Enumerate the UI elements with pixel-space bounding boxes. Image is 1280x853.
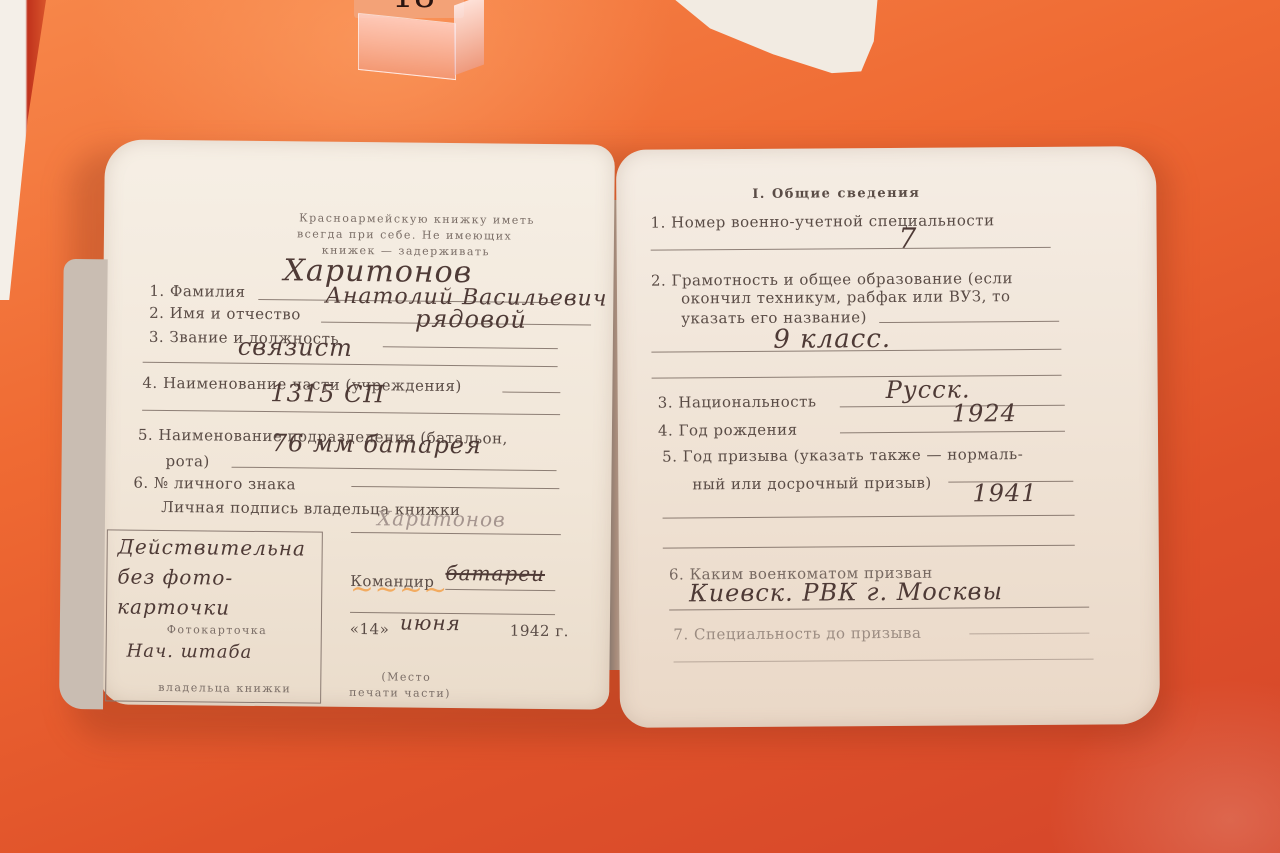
owner-signature-value: Харитонов — [377, 506, 506, 531]
header-line-2: всегда при себе. Не имеющих — [297, 227, 512, 242]
field-birth-year-value: 1924 — [952, 399, 1017, 427]
right-page: I. Общие сведения 1. Номер военно-учетно… — [616, 146, 1160, 728]
exhibit-number: 18 — [392, 0, 435, 16]
field-pre-draft-specialty-line — [969, 633, 1089, 635]
field-tag-label: 6. № личного знака — [133, 474, 296, 494]
photo-placeholder-box: Действительна без фото- карточки Фотокар… — [105, 529, 323, 703]
field-specialty-number-label: 1. Номер военно-учетной специальности — [650, 211, 994, 231]
stamp-caption-2: печати части) — [349, 686, 451, 700]
field-pre-draft-specialty-line-2 — [674, 659, 1094, 663]
photo-note-line-2: без фото- — [117, 564, 233, 589]
field-draft-year-line-2 — [663, 515, 1075, 519]
field-commissariat-value: Киевск. РВК г. Москвы — [689, 577, 1003, 607]
field-name-label: 2. Имя и отчество — [149, 304, 301, 324]
date-month: июня — [400, 610, 461, 635]
field-draft-year-label: 5. Год призыва (указать также — нормаль- — [662, 445, 1023, 466]
field-subdivision-line — [232, 467, 557, 471]
field-tag-line — [351, 486, 559, 489]
field-specialty-number-value: 7 — [898, 222, 917, 255]
commander-line — [445, 589, 555, 591]
date-day: «14» — [350, 620, 390, 638]
field-pre-draft-specialty-label: 7. Специальность до призыва — [673, 624, 921, 644]
field-subdivision-label-2: рота) — [166, 452, 210, 470]
date-year: 1942 г. — [510, 622, 569, 641]
field-unit-value: 1315 СП — [270, 379, 385, 408]
adjacent-document-edge — [0, 0, 46, 300]
stamp-caption-1: (Место — [381, 670, 431, 684]
field-birth-year-line — [840, 431, 1065, 434]
field-subdivision-value: 76 мм батарея — [272, 429, 482, 459]
field-unit-line-2 — [142, 410, 560, 415]
field-rank-line — [383, 346, 558, 349]
field-draft-year-value: 1941 — [972, 479, 1037, 507]
section-title: I. Общие сведения — [752, 186, 920, 202]
field-unit-line — [502, 392, 560, 394]
field-rank-line-2 — [143, 362, 558, 367]
photo-note-line-1: Действительна — [118, 535, 306, 561]
field-nationality-label: 3. Национальность — [658, 392, 817, 411]
marker-acrylic-base — [358, 13, 456, 80]
commander-value: батареи — [445, 561, 545, 586]
photo-caption: Фотокарточка — [167, 623, 267, 637]
field-draft-year-label-2: ный или досрочный призыв) — [692, 474, 932, 494]
photo-note-line-3: карточки — [117, 594, 230, 619]
field-rank-value: рядовой — [415, 305, 527, 334]
field-education-line — [879, 321, 1059, 323]
owner-signature-line — [351, 532, 561, 535]
marker-acrylic-side — [454, 0, 484, 75]
field-rank-value-2: связист — [238, 333, 353, 362]
paper-fragment — [668, 0, 878, 80]
field-draft-year-line-3 — [663, 545, 1075, 549]
commander-signature: ~~~~ — [350, 572, 448, 606]
header-line-1: Красноармейскую книжку иметь — [299, 211, 535, 226]
left-page: Красноармейскую книжку иметь всегда при … — [99, 139, 615, 709]
exhibit-number-marker: 18 — [354, 0, 484, 90]
field-education-label-2: окончил техникум, рабфак или ВУЗ, то — [681, 287, 1011, 307]
field-surname-label: 1. Фамилия — [149, 282, 245, 301]
field-specialty-number-line — [651, 247, 1051, 251]
field-birth-year-label: 4. Год рождения — [658, 421, 798, 440]
field-commissariat-line — [669, 607, 1089, 611]
photo-note-line-4: Нач. штаба — [127, 641, 253, 663]
photo-caption-bottom: владельца книжки — [158, 681, 291, 695]
field-education-line-3 — [652, 375, 1062, 379]
